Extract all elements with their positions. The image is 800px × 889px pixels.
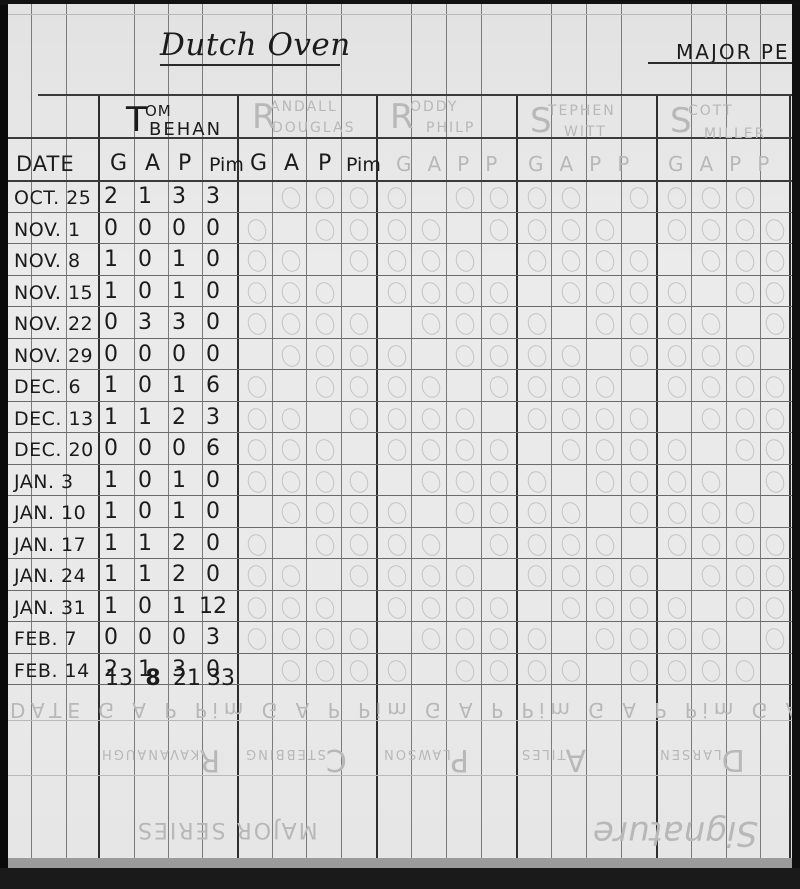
ghost-digit <box>763 374 787 401</box>
ghost-digit <box>279 311 303 338</box>
ghost-digit <box>559 563 583 590</box>
ghost-digit <box>525 406 549 433</box>
ghost-digit <box>419 374 443 401</box>
game-date: DEC. 13 <box>14 410 94 429</box>
stat-pim: 3 <box>196 186 230 208</box>
ghost-digit <box>487 343 511 370</box>
ghost-digit <box>593 248 617 275</box>
stat-pim: 0 <box>196 501 230 523</box>
ghost-digit <box>453 595 477 622</box>
ghost-digit <box>313 437 337 464</box>
grid-hline <box>8 590 792 591</box>
ghost-digit <box>419 532 443 559</box>
stat-p: 3 <box>162 186 196 208</box>
ghost-digit <box>733 500 757 527</box>
ghost-digit <box>593 437 617 464</box>
ghost-digit <box>525 311 549 338</box>
stat-p: 0 <box>162 627 196 649</box>
ghost-digit <box>419 280 443 307</box>
header-points-2: P <box>318 153 331 175</box>
ghost-bottom-name-4: ATILES <box>520 744 586 774</box>
ghost-digit <box>525 532 549 559</box>
stat-a: 0 <box>128 218 162 240</box>
grid-vline-thick <box>237 94 239 862</box>
ghost-digit <box>453 626 477 653</box>
ghost-digit <box>559 374 583 401</box>
ghost-digit <box>699 500 723 527</box>
ghost-digit <box>665 374 689 401</box>
ghost-digit <box>385 563 409 590</box>
ghost-digit <box>593 406 617 433</box>
ghost-digit <box>627 248 651 275</box>
ghost-digit <box>313 343 337 370</box>
ghost-digit <box>627 185 651 212</box>
stat-pim: 0 <box>196 218 230 240</box>
ghost-bottom-name-2: CSTEBBING <box>244 744 347 774</box>
game-date: NOV. 29 <box>14 347 93 366</box>
stat-p: 2 <box>162 533 196 555</box>
ghost-digit <box>733 406 757 433</box>
ghost-digit <box>279 469 303 496</box>
ghost-digit <box>627 500 651 527</box>
game-date: NOV. 15 <box>14 284 93 303</box>
ghost-digit <box>487 217 511 244</box>
ghost-digit <box>627 311 651 338</box>
ghost-digit <box>279 595 303 622</box>
stat-g: 1 <box>94 281 128 303</box>
grid-hline <box>8 275 792 276</box>
ghost-digit <box>347 658 371 685</box>
ghost-digit <box>419 217 443 244</box>
ghost-digit <box>487 374 511 401</box>
ghost-digit <box>347 563 371 590</box>
stat-p: 1 <box>162 470 196 492</box>
ledger-page: R ANDALL DOUGLAS R ODDY PHILP S TEPHEN W… <box>8 4 792 868</box>
ghost-digit <box>763 626 787 653</box>
ghost-first-1: ANDALL <box>270 100 338 114</box>
ghost-headers-4: GAPP <box>668 154 785 174</box>
ghost-digit <box>525 658 549 685</box>
stat-p: 1 <box>162 281 196 303</box>
stat-pim: 6 <box>196 438 230 460</box>
ghost-digit <box>419 595 443 622</box>
date-column-header: DATE <box>16 154 75 175</box>
stat-a: 1 <box>128 564 162 586</box>
ghost-digit <box>279 500 303 527</box>
ghost-digit <box>559 217 583 244</box>
header-points: P <box>178 153 191 175</box>
ghost-digit <box>347 311 371 338</box>
ghost-digit <box>559 343 583 370</box>
ghost-digit <box>525 248 549 275</box>
ghost-digit <box>279 626 303 653</box>
ghost-digit <box>419 626 443 653</box>
game-date: JAN. 31 <box>14 599 86 618</box>
ghost-digit <box>347 500 371 527</box>
grid-vline <box>621 4 622 868</box>
stat-g: 0 <box>94 344 128 366</box>
player-first-initial: T <box>126 103 147 137</box>
game-date: JAN. 10 <box>14 504 86 523</box>
header-assists: A <box>145 153 160 175</box>
ghost-signature: Signature <box>593 816 758 850</box>
game-date: NOV. 22 <box>14 315 93 334</box>
ghost-digit <box>245 406 269 433</box>
ghost-digit <box>419 563 443 590</box>
grid-hline <box>8 527 792 528</box>
stat-p: 1 <box>162 596 196 618</box>
stat-a: 0 <box>128 596 162 618</box>
ghost-digit <box>385 280 409 307</box>
stat-a: 0 <box>128 438 162 460</box>
game-date: JAN. 3 <box>14 473 74 492</box>
ghost-digit <box>525 626 549 653</box>
player-first-rest: OM <box>145 104 172 119</box>
ghost-digit <box>627 437 651 464</box>
stat-a: 1 <box>128 186 162 208</box>
ghost-digit <box>487 280 511 307</box>
ghost-digit <box>385 343 409 370</box>
grid-hline <box>8 558 792 559</box>
ghost-last-1: DOUGLAS <box>272 121 355 135</box>
stat-a: 0 <box>128 501 162 523</box>
total-points: 21 <box>170 668 204 690</box>
grid-hline <box>8 653 792 654</box>
stat-p: 0 <box>162 344 196 366</box>
ghost-digit <box>665 658 689 685</box>
ghost-digit <box>699 248 723 275</box>
game-date: DEC. 6 <box>14 378 81 397</box>
ghost-bottom-name-5: DLARSEN <box>658 744 745 774</box>
ghost-digit <box>347 185 371 212</box>
ghost-digit <box>385 500 409 527</box>
ghost-digit <box>487 595 511 622</box>
ghost-digit <box>593 311 617 338</box>
game-date: FEB. 14 <box>14 662 90 681</box>
ghost-digit <box>763 311 787 338</box>
stat-g: 1 <box>94 596 128 618</box>
ghost-digit <box>385 658 409 685</box>
ghost-digit <box>487 185 511 212</box>
grid-hline <box>8 212 792 213</box>
ghost-digit <box>279 248 303 275</box>
ghost-digit <box>763 437 787 464</box>
header-goals-2: G <box>250 153 267 175</box>
ghost-digit <box>733 437 757 464</box>
ghost-digit <box>245 469 269 496</box>
ghost-digit <box>279 280 303 307</box>
ghost-digit <box>385 248 409 275</box>
stat-a: 3 <box>128 312 162 334</box>
header-pim-2: Pim <box>346 156 381 175</box>
ghost-digit <box>763 280 787 307</box>
stat-a: 1 <box>128 533 162 555</box>
ghost-digit <box>453 658 477 685</box>
header-goals: G <box>110 153 127 175</box>
ghost-digit <box>559 406 583 433</box>
ghost-digit <box>347 532 371 559</box>
ghost-digit <box>763 595 787 622</box>
division-label: MAJOR PE <box>676 42 790 62</box>
ghost-digit <box>627 343 651 370</box>
grid-hline <box>8 180 792 182</box>
stat-a: 0 <box>128 249 162 271</box>
ghost-digit <box>419 437 443 464</box>
stat-g: 2 <box>94 186 128 208</box>
ghost-digit <box>245 532 269 559</box>
ghost-digit <box>245 595 269 622</box>
stat-pim: 6 <box>196 375 230 397</box>
ghost-digit <box>733 185 757 212</box>
ghost-digit <box>453 343 477 370</box>
stat-a: 0 <box>128 375 162 397</box>
ghost-digit <box>313 280 337 307</box>
ghost-digit <box>559 500 583 527</box>
ghost-digit <box>593 532 617 559</box>
ghost-digit <box>627 280 651 307</box>
grid-hline <box>8 306 792 307</box>
stat-pim: 0 <box>196 249 230 271</box>
player-last-name: BEHAN <box>149 121 222 139</box>
game-date: NOV. 1 <box>14 221 81 240</box>
ghost-digit <box>245 280 269 307</box>
ghost-digit <box>245 311 269 338</box>
ghost-digit <box>347 248 371 275</box>
stat-g: 1 <box>94 501 128 523</box>
grid-vline-thick <box>789 94 791 862</box>
ghost-digit <box>419 248 443 275</box>
stat-g: 1 <box>94 375 128 397</box>
ghost-digit <box>313 311 337 338</box>
ghost-digit <box>763 406 787 433</box>
ghost-digit <box>559 185 583 212</box>
total-pim: 33 <box>204 668 238 690</box>
ghost-digit <box>627 658 651 685</box>
grid-vline <box>31 4 32 868</box>
ghost-digit <box>665 217 689 244</box>
stat-p: 0 <box>162 438 196 460</box>
ghost-digit <box>453 437 477 464</box>
scan-border-bottom <box>0 868 800 889</box>
grid-hline <box>8 243 792 244</box>
ghost-digit <box>347 374 371 401</box>
stat-pim: 0 <box>196 564 230 586</box>
ghost-digit <box>559 248 583 275</box>
ghost-digit <box>665 595 689 622</box>
ghost-digit <box>525 343 549 370</box>
ghost-digit <box>279 563 303 590</box>
stat-g: 1 <box>94 470 128 492</box>
ghost-digit <box>559 595 583 622</box>
stat-g: 0 <box>94 438 128 460</box>
ghost-digit <box>487 626 511 653</box>
ghost-first-4: COTT <box>688 104 734 118</box>
ghost-digit <box>763 532 787 559</box>
game-date: DEC. 20 <box>14 441 94 460</box>
grid-vline <box>66 4 67 868</box>
ghost-digit <box>733 343 757 370</box>
ghost-digit <box>279 406 303 433</box>
stat-g: 0 <box>94 627 128 649</box>
grid-hline <box>8 495 792 496</box>
ghost-digit <box>313 500 337 527</box>
grid-vline <box>481 4 482 868</box>
ghost-digit <box>419 311 443 338</box>
stat-a: 0 <box>128 627 162 649</box>
ghost-digit <box>313 532 337 559</box>
stat-pim: 0 <box>196 533 230 555</box>
ghost-digit <box>525 563 549 590</box>
ghost-digit <box>525 469 549 496</box>
ghost-digit <box>487 658 511 685</box>
ghost-digit <box>699 374 723 401</box>
ghost-digit <box>665 437 689 464</box>
ghost-digit <box>385 217 409 244</box>
ghost-digit <box>313 626 337 653</box>
ghost-last-4: MILLER <box>704 127 766 141</box>
ghost-digit <box>525 500 549 527</box>
ghost-digit <box>733 595 757 622</box>
ghost-digit <box>487 437 511 464</box>
stat-pim: 0 <box>196 281 230 303</box>
ghost-last-3: WITT <box>564 125 607 139</box>
ghost-digit <box>593 280 617 307</box>
game-date: OCT. 25 <box>14 189 91 208</box>
stat-a: 0 <box>128 344 162 366</box>
grid-hline <box>8 432 792 433</box>
ghost-digit <box>627 563 651 590</box>
ghost-digit <box>347 626 371 653</box>
ghost-digit <box>733 374 757 401</box>
ghost-digit <box>763 217 787 244</box>
ghost-digit <box>279 658 303 685</box>
ghost-first-3: TEPHEN <box>548 104 616 118</box>
ghost-digit <box>453 248 477 275</box>
ghost-digit <box>665 280 689 307</box>
ghost-bottom-name-3: PLAWSON <box>382 744 469 774</box>
ghost-digit <box>733 217 757 244</box>
ghost-digit <box>385 406 409 433</box>
ghost-bottom-title: MAJOR SERIES <box>136 818 318 840</box>
ghost-digit <box>733 280 757 307</box>
ghost-digit <box>313 217 337 244</box>
ghost-digit <box>733 248 757 275</box>
game-date: JAN. 24 <box>14 567 86 586</box>
ghost-digit <box>525 185 549 212</box>
stat-p: 2 <box>162 407 196 429</box>
grid-hline <box>8 369 792 370</box>
stat-a: 1 <box>128 407 162 429</box>
ghost-digit <box>627 406 651 433</box>
ghost-headers-3: GAPP <box>528 154 645 174</box>
grid-hline <box>8 14 792 15</box>
ghost-digit <box>245 437 269 464</box>
ghost-digit <box>245 217 269 244</box>
grid-hline <box>8 464 792 465</box>
ghost-digit <box>313 658 337 685</box>
game-date: FEB. 7 <box>14 630 77 649</box>
ghost-digit <box>245 248 269 275</box>
ghost-digit <box>453 311 477 338</box>
stat-p: 3 <box>162 312 196 334</box>
ghost-digit <box>699 217 723 244</box>
ghost-digit <box>733 563 757 590</box>
ghost-digit <box>665 532 689 559</box>
stat-a: 0 <box>128 281 162 303</box>
stat-pim: 12 <box>196 596 230 618</box>
ghost-digit <box>733 532 757 559</box>
ghost-digit <box>763 469 787 496</box>
title-underline <box>160 64 340 66</box>
ghost-digit <box>699 185 723 212</box>
stat-g: 0 <box>94 218 128 240</box>
grid-hline <box>38 94 792 96</box>
ghost-digit <box>699 406 723 433</box>
ghost-digit <box>453 500 477 527</box>
scan-border-left <box>0 0 8 889</box>
division-underline <box>648 62 792 64</box>
ghost-digit <box>699 532 723 559</box>
ghost-digit <box>559 280 583 307</box>
ghost-digit <box>347 406 371 433</box>
ghost-digit <box>313 595 337 622</box>
ghost-headers-2: GAPP <box>396 154 513 174</box>
ghost-digit <box>593 217 617 244</box>
ghost-digit <box>453 563 477 590</box>
ghost-digit <box>593 563 617 590</box>
ghost-digit <box>763 248 787 275</box>
header-assists-2: A <box>284 153 299 175</box>
ghost-digit <box>279 437 303 464</box>
stat-g: 1 <box>94 533 128 555</box>
stat-g: 1 <box>94 407 128 429</box>
ghost-digit <box>593 626 617 653</box>
ghost-digit <box>733 658 757 685</box>
ghost-digit <box>559 437 583 464</box>
ghost-digit <box>453 406 477 433</box>
ghost-digit <box>347 469 371 496</box>
ghost-digit <box>245 374 269 401</box>
stat-pim: 3 <box>196 627 230 649</box>
stat-pim: 0 <box>196 312 230 334</box>
ghost-digit <box>665 500 689 527</box>
grid-hline <box>8 775 792 776</box>
ghost-digit <box>347 217 371 244</box>
team-title: Dutch Oven <box>160 30 351 61</box>
page-bottom-edge <box>8 858 792 868</box>
stat-p: 1 <box>162 375 196 397</box>
stat-g: 1 <box>94 249 128 271</box>
ghost-digit <box>419 469 443 496</box>
ghost-digit <box>593 595 617 622</box>
stat-p: 2 <box>162 564 196 586</box>
ghost-digit <box>313 185 337 212</box>
grid-vline-thick <box>376 94 378 862</box>
ghost-digit <box>245 626 269 653</box>
ghost-digit <box>525 374 549 401</box>
total-goals: 13 <box>102 668 136 690</box>
stat-p: 0 <box>162 218 196 240</box>
ghost-digit <box>245 563 269 590</box>
grid-vline-thick <box>516 94 518 862</box>
ghost-digit <box>665 626 689 653</box>
ghost-bottom-headers: DATE G A P Pim G A P Pim G A P Pim G A P… <box>10 700 792 720</box>
ghost-digit <box>453 185 477 212</box>
ghost-digit <box>279 185 303 212</box>
ghost-digit <box>665 185 689 212</box>
ghost-digit <box>487 469 511 496</box>
ghost-digit <box>419 406 443 433</box>
